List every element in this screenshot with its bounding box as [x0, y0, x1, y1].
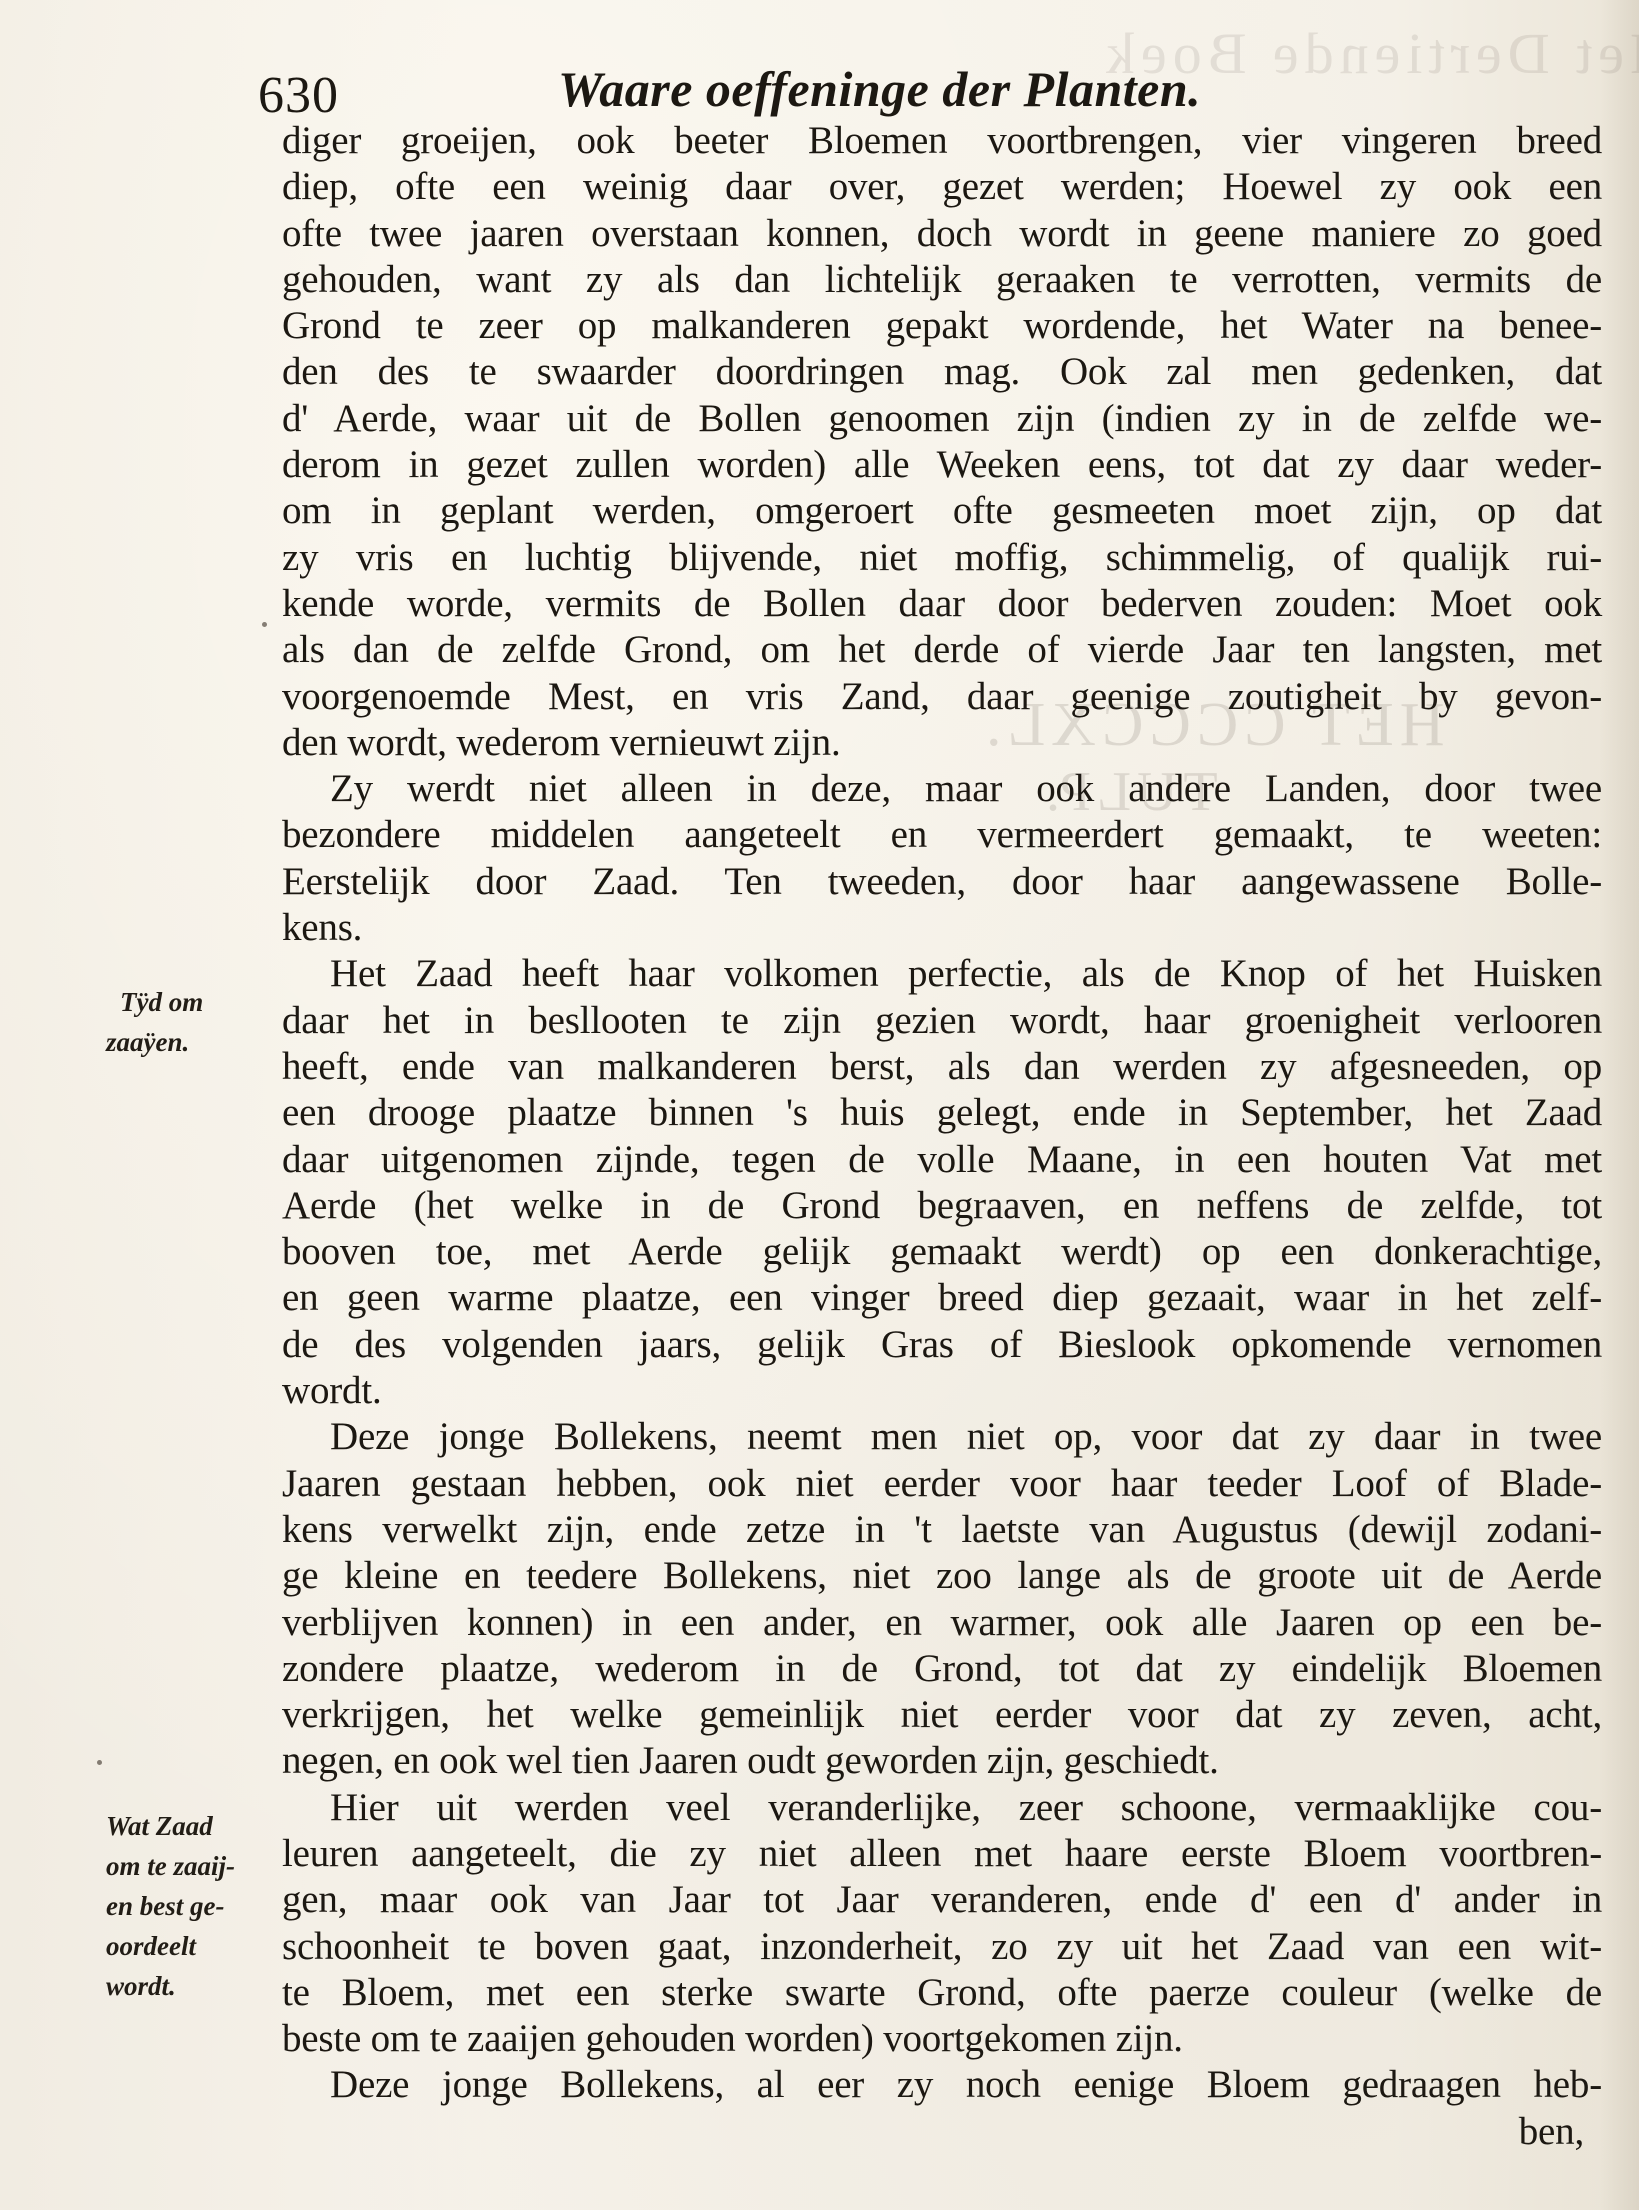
text-line: een drooge plaatze binnen 's huis gelegt…	[282, 1090, 1602, 1136]
margin-note-line: Wat Zaad	[106, 1806, 235, 1846]
text-line: zondere plaatze, wederom in de Grond, to…	[282, 1646, 1602, 1692]
text-line: d' Aerde, waar uit de Bollen genoomen zi…	[282, 396, 1602, 442]
running-title: Waare oeffeninge der Planten.	[558, 60, 1201, 118]
text-line: zy vris en luchtig blijvende, niet moffi…	[282, 535, 1602, 581]
text-line: om in geplant werden, omgeroert ofte ges…	[282, 488, 1602, 534]
text-line: verkrijgen, het welke gemeinlijk niet ee…	[282, 1692, 1602, 1738]
text-line: diger groeijen, ook beeter Bloemen voort…	[282, 118, 1602, 164]
text-line: als dan de zelfde Grond, om het derde of…	[282, 627, 1602, 673]
margin-note-line: Tÿd om	[120, 982, 203, 1022]
text-line: heeft, ende van malkanderen berst, als d…	[282, 1044, 1602, 1090]
text-line: ofte twee jaaren overstaan konnen, doch …	[282, 211, 1602, 257]
paragraph-start: Deze jonge Bollekens, al eer zy noch een…	[282, 2062, 1602, 2108]
ink-speck	[97, 1760, 102, 1765]
page-number: 630	[258, 66, 339, 125]
margin-note-best-seed: Wat Zaad om te zaaij- en best ge- oordee…	[106, 1806, 235, 2006]
text-line: derom in gezet zullen worden) alle Weeke…	[282, 442, 1602, 488]
body-text: diger groeijen, ook beeter Bloemen voort…	[282, 118, 1602, 2155]
text-line: beste om te zaaijen gehouden worden) voo…	[282, 2016, 1602, 2062]
ink-speck	[262, 622, 267, 627]
text-line: Jaaren gestaan hebben, ook niet eerder v…	[282, 1461, 1602, 1507]
text-line: negen, en ook wel tien Jaaren oudt gewor…	[282, 1738, 1602, 1784]
text-line: diep, ofte een weinig daar over, gezet w…	[282, 164, 1602, 210]
text-line: ge kleine en teedere Bollekens, niet zoo…	[282, 1553, 1602, 1599]
text-line: kens verwelkt zijn, ende zetze in 't lae…	[282, 1507, 1602, 1553]
text-line: de des volgenden jaars, gelijk Gras of B…	[282, 1322, 1602, 1368]
text-line: Eerstelijk door Zaad. Ten tweeden, door …	[282, 859, 1602, 905]
text-line: voorgenoemde Mest, en vris Zand, daar ge…	[282, 674, 1602, 720]
text-line: schoonheit te boven gaat, inzonderheit, …	[282, 1924, 1602, 1970]
page-edge-shadow	[1599, 0, 1639, 2210]
text-line: en geen warme plaatze, een vinger breed …	[282, 1275, 1602, 1321]
text-line: daar uitgenomen zijnde, tegen de volle M…	[282, 1137, 1602, 1183]
text-line: kens.	[282, 905, 1602, 951]
text-line: wordt.	[282, 1368, 1602, 1414]
catchword: ben,	[282, 2109, 1602, 2155]
text-line: den des te swaarder doordringen mag. Ook…	[282, 349, 1602, 395]
text-line: gehouden, want zy als dan lichtelijk ger…	[282, 257, 1602, 303]
paragraph-start: Deze jonge Bollekens, neemt men niet op,…	[282, 1414, 1602, 1460]
margin-note-line: oordeelt	[106, 1926, 235, 1966]
margin-note-line: zaaÿen.	[106, 1022, 203, 1062]
text-line: bezondere middelen aangeteelt en vermeer…	[282, 812, 1602, 858]
margin-note-line: en best ge-	[106, 1886, 235, 1926]
text-line: den wordt, wederom vernieuwt zijn.	[282, 720, 1602, 766]
text-line: verblijven konnen) in een ander, en warm…	[282, 1600, 1602, 1646]
paragraph-start: Zy werdt niet alleen in deze, maar ook a…	[282, 766, 1602, 812]
text-line: daar het in besllooten te zijn gezien wo…	[282, 998, 1602, 1044]
book-page: Het Dertiende Boek HET CCCCXL. TULP. 630…	[0, 0, 1639, 2210]
margin-note-sowing-time: Tÿd om zaaÿen.	[120, 982, 203, 1062]
margin-note-line: om te zaaij-	[106, 1846, 235, 1886]
paragraph-start: Het Zaad heeft haar volkomen perfectie, …	[282, 951, 1602, 997]
text-line: booven toe, met Aerde gelijk gemaakt wer…	[282, 1229, 1602, 1275]
text-line: kende worde, vermits de Bollen daar door…	[282, 581, 1602, 627]
text-line: Aerde (het welke in de Grond begraaven, …	[282, 1183, 1602, 1229]
paragraph-start: Hier uit werden veel veranderlijke, zeer…	[282, 1785, 1602, 1831]
text-line: Grond te zeer op malkanderen gepakt word…	[282, 303, 1602, 349]
text-line: te Bloem, met een sterke swarte Grond, o…	[282, 1970, 1602, 2016]
text-line: leuren aangeteelt, die zy niet alleen me…	[282, 1831, 1602, 1877]
text-line: gen, maar ook van Jaar tot Jaar verander…	[282, 1877, 1602, 1923]
margin-note-line: wordt.	[106, 1966, 235, 2006]
